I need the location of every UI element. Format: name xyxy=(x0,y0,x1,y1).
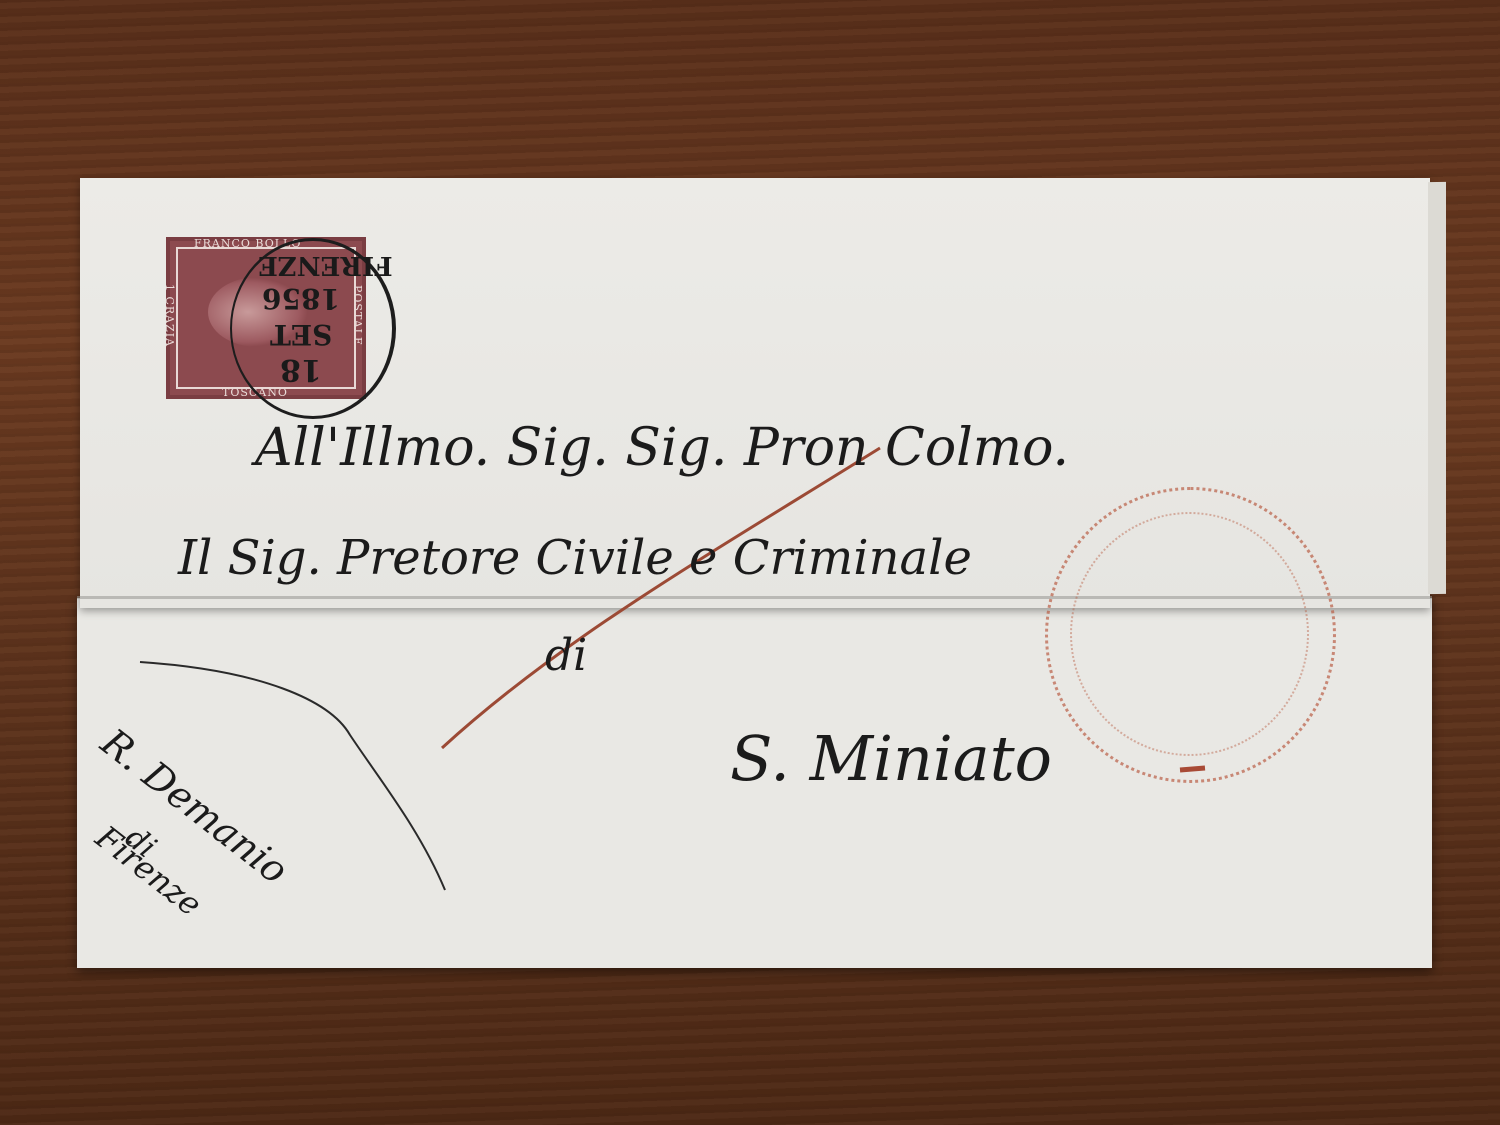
address-line-4: S. Miniato xyxy=(730,722,1052,795)
address-line-3: di xyxy=(545,630,587,681)
address-line-2: Il Sig. Pretore Civile e Criminale xyxy=(178,530,972,586)
address-line-1: All'Illmo. Sig. Sig. Pron Colmo. xyxy=(255,418,1069,478)
